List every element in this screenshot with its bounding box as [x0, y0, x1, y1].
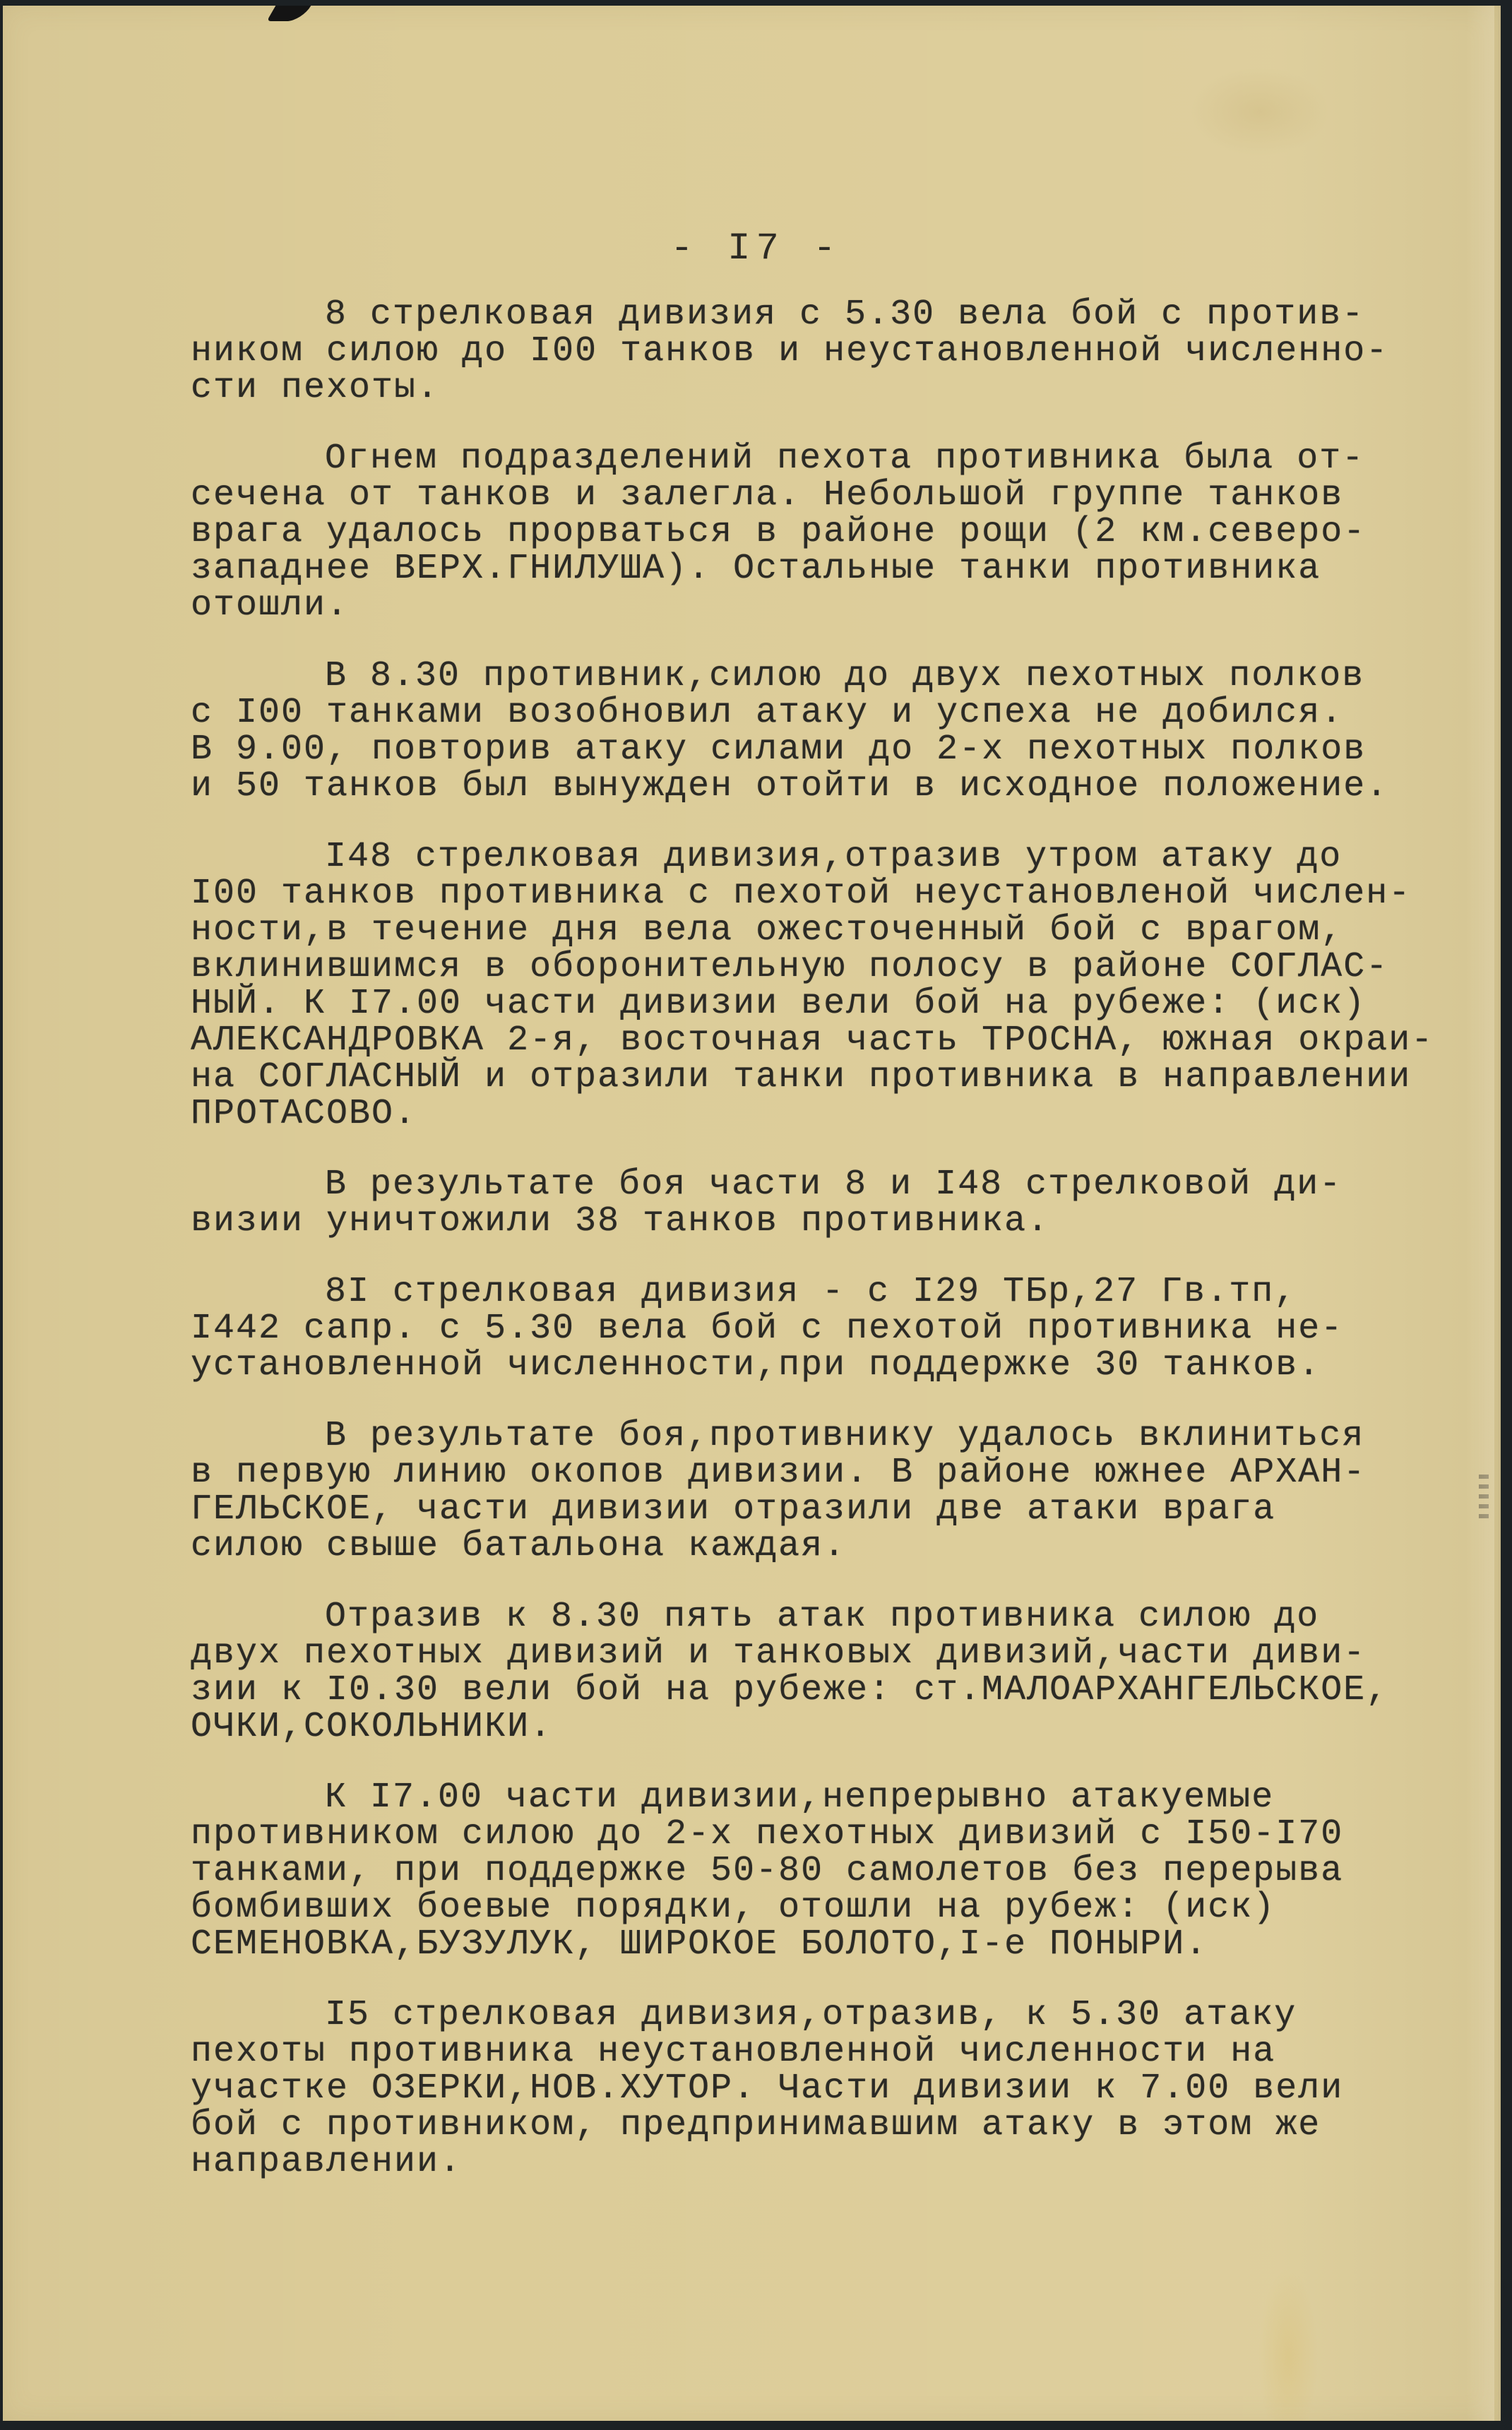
text-line: направлении.	[191, 2144, 1462, 2181]
text-line: Отразив к 8.30 пять атак противника сило…	[191, 1599, 1462, 1636]
text-line: врага удалось прорваться в районе рощи (…	[191, 514, 1462, 551]
paragraph-five-attacks: Отразив к 8.30 пять атак противника сило…	[191, 1599, 1462, 1746]
text-line: 8 стрелковая дивизия с 5.30 вела бой с п…	[191, 297, 1462, 333]
text-line: вклинившимся в оборонительную полосу в р…	[191, 949, 1462, 986]
text-line: В 9.00, повторив атаку силами до 2-х пех…	[191, 732, 1462, 768]
text-line: бомбивших боевые порядки, отошли на рубе…	[191, 1890, 1462, 1926]
text-line: зии к I0.30 вели бой на рубеже: ст.МАЛОА…	[191, 1672, 1462, 1709]
paragraph-8-division: 8 стрелковая дивизия с 5.30 вела бой с п…	[191, 297, 1462, 407]
text-line: В 8.30 противник,силою до двух пехотных …	[191, 658, 1462, 695]
text-line: ГЕЛЬСКОЕ, части дивизии отразили две ата…	[191, 1491, 1462, 1528]
paragraph-tanks-destroyed: В результате боя части 8 и I48 стрелково…	[191, 1167, 1462, 1240]
text-line: ПРОТАСОВО.	[191, 1096, 1462, 1133]
text-line: ности,в течение дня вела ожесточенный бо…	[191, 912, 1462, 949]
text-line: танками, при поддержке 50-80 самолетов б…	[191, 1853, 1462, 1890]
text-line: с I00 танками возобновил атаку и успеха …	[191, 695, 1462, 732]
text-line: Огнем подразделений пехота противника бы…	[191, 441, 1462, 477]
text-line: и 50 танков был вынужден отойти в исходн…	[191, 768, 1462, 805]
paragraph-wedge-in: В результате боя,противнику удалось вкли…	[191, 1418, 1462, 1565]
text-line: на СОГЛАСНЫЙ и отразили танки противника…	[191, 1059, 1462, 1096]
text-line: бой с противником, предпринимавшим атаку…	[191, 2107, 1462, 2144]
text-line: пехоты противника неустановленной числен…	[191, 2034, 1462, 2071]
text-line: ником силою до I00 танков и неустановлен…	[191, 333, 1462, 370]
text-line: I442 сапр. с 5.30 вела бой с пехотой про…	[191, 1311, 1462, 1347]
text-line: сечена от танков и залегла. Небольшой гр…	[191, 477, 1462, 514]
text-line: ОЧКИ,СОКОЛЬНИКИ.	[191, 1709, 1462, 1746]
text-line: I5 стрелковая дивизия,отразив, к 5.30 ат…	[191, 1997, 1462, 2034]
text-line: сти пехоты.	[191, 370, 1462, 407]
text-line: установленной численности,при поддержке …	[191, 1347, 1462, 1384]
text-line: участке ОЗЕРКИ,НОВ.ХУТОР. Части дивизии …	[191, 2071, 1462, 2107]
text-line: противником силою до 2-х пехотных дивизи…	[191, 1816, 1462, 1853]
text-line: западнее ВЕРХ.ГНИЛУША). Остальные танки …	[191, 551, 1462, 588]
page-number: - I7 -	[0, 227, 1512, 270]
paragraph-fire-cutoff: Огнем подразделений пехота противника бы…	[191, 441, 1462, 624]
text-line: В результате боя части 8 и I48 стрелково…	[191, 1167, 1462, 1203]
paragraph-1700-withdrawal: К I7.00 части дивизии,непрерывно атакуем…	[191, 1780, 1462, 1963]
paragraph-830-attack: В 8.30 противник,силою до двух пехотных …	[191, 658, 1462, 805]
text-line: I48 стрелковая дивизия,отразив утром ата…	[191, 839, 1462, 876]
binder-clip-mark	[267, 6, 311, 21]
text-line: СЕМЕНОВКА,БУЗУЛУК, ШИРОКОЕ БОЛОТО,I-е ПО…	[191, 1926, 1462, 1963]
paragraph-15-division: I5 стрелковая дивизия,отразив, к 5.30 ат…	[191, 1997, 1462, 2181]
text-line: отошли.	[191, 588, 1462, 624]
text-line: двух пехотных дивизий и танковых дивизий…	[191, 1636, 1462, 1672]
text-line: визии уничтожили 38 танков противника.	[191, 1203, 1462, 1240]
text-line: 8I стрелковая дивизия - с I29 ТБр,27 Гв.…	[191, 1274, 1462, 1311]
text-line: силою свыше батальона каждая.	[191, 1528, 1462, 1565]
text-line: в первую линию окопов дивизии. В районе …	[191, 1455, 1462, 1491]
text-line: I00 танков противника с пехотой неустано…	[191, 876, 1462, 912]
text-line: К I7.00 части дивизии,непрерывно атакуем…	[191, 1780, 1462, 1816]
text-line: В результате боя,противнику удалось вкли…	[191, 1418, 1462, 1455]
document-body: 8 стрелковая дивизия с 5.30 вела бой с п…	[191, 297, 1462, 2215]
text-line: НЫЙ. К I7.00 части дивизии вели бой на р…	[191, 986, 1462, 1023]
text-line: АЛЕКСАНДРОВКА 2-я, восточная часть ТРОСН…	[191, 1023, 1462, 1059]
edge-bleed-marks	[1479, 1475, 1489, 1524]
paragraph-81-division: 8I стрелковая дивизия - с I29 ТБр,27 Гв.…	[191, 1274, 1462, 1384]
paragraph-148-division: I48 стрелковая дивизия,отразив утром ата…	[191, 839, 1462, 1133]
